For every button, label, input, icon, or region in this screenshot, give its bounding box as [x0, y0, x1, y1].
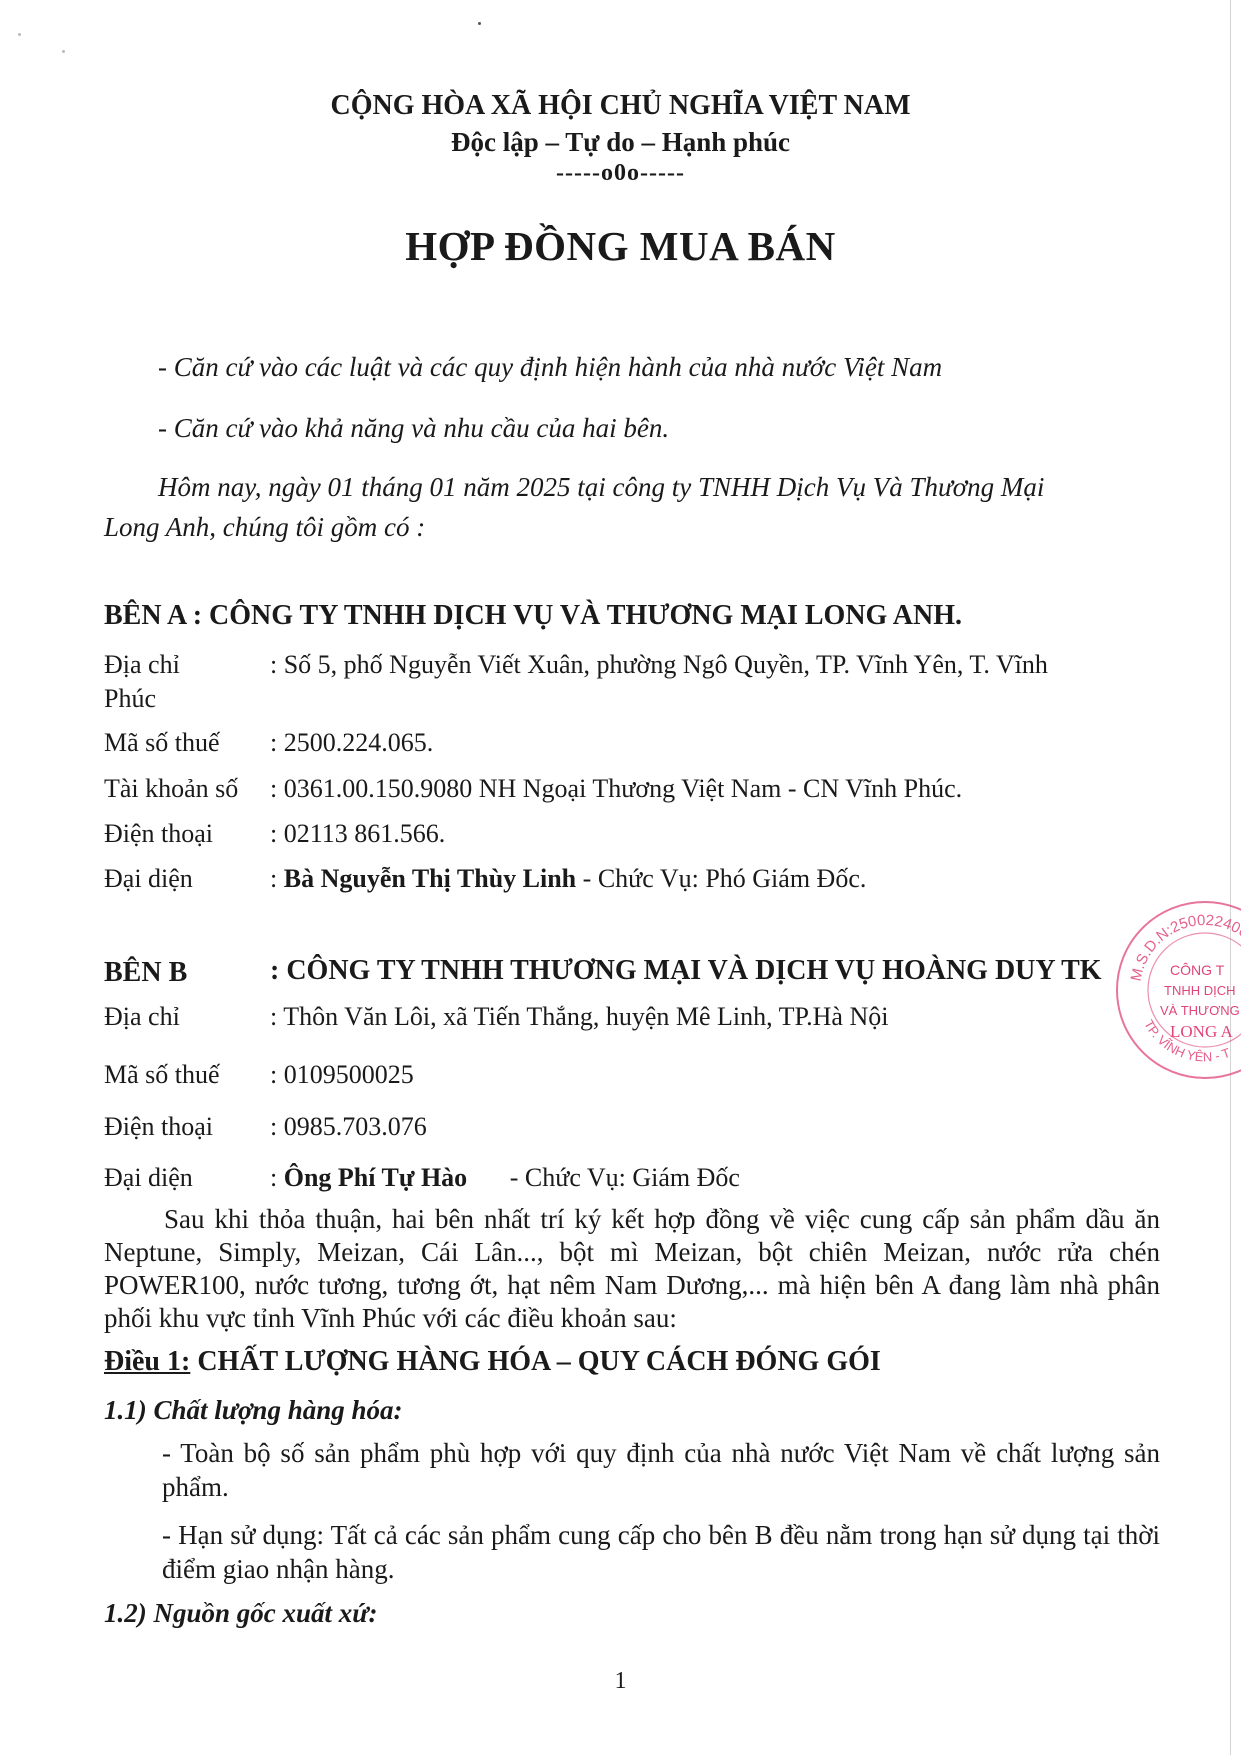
party-a-heading: BÊN A : CÔNG TY TNHH DỊCH VỤ VÀ THƯƠNG M…: [104, 600, 962, 632]
stamp-line-1: CÔNG T: [1170, 962, 1225, 978]
scan-speck: [478, 22, 481, 25]
party-a-tax-value: : 2500.224.065.: [270, 728, 433, 758]
intro-line-1: Hôm nay, ngày 01 tháng 01 năm 2025 tại c…: [158, 472, 1044, 503]
party-b-phone-label: Điện thoại: [104, 1112, 213, 1142]
party-b-tax-value: : 0109500025: [270, 1060, 414, 1090]
stamp-line-3: VÀ THƯƠNG: [1160, 1003, 1240, 1018]
party-a-address-value: : Số 5, phố Nguyễn Viết Xuân, phường Ngô…: [270, 650, 1048, 680]
article-1-heading: Điều 1: CHẤT LƯỢNG HÀNG HÓA – QUY CÁCH Đ…: [104, 1346, 881, 1378]
agreement-paragraph: Sau khi thỏa thuận, hai bên nhất trí ký …: [104, 1203, 1160, 1335]
party-a-rep-name: Bà Nguyễn Thị Thùy Linh: [284, 864, 576, 893]
party-b-rep-value: : Ông Phí Tự Hào- Chức Vụ: Giám Đốc: [270, 1163, 740, 1193]
national-title: CỘNG HÒA XÃ HỘI CHỦ NGHĨA VIỆT NAM: [0, 90, 1241, 122]
party-a-phone-label: Điện thoại: [104, 819, 213, 849]
quality-item-2: - Hạn sử dụng: Tất cả các sản phẩm cung …: [162, 1518, 1160, 1586]
company-stamp: M.S.D.N:2500224065 TP. VĨNH YÊN - T CÔNG…: [1110, 895, 1241, 1085]
article-1-title: CHẤT LƯỢNG HÀNG HÓA – QUY CÁCH ĐÓNG GÓI: [190, 1346, 880, 1377]
party-a-rep-prefix: :: [270, 864, 284, 893]
party-a-rep-position: - Chức Vụ: Phó Giám Đốc.: [576, 864, 866, 893]
party-b-address-value: : Thôn Văn Lôi, xã Tiến Thắng, huyện Mê …: [270, 1002, 888, 1032]
header-divider: -----o0o-----: [0, 160, 1241, 187]
scan-speck: [18, 33, 21, 36]
document-title: HỢP ĐỒNG MUA BÁN: [0, 222, 1241, 270]
party-b-address-label: Địa chỉ: [104, 1002, 180, 1032]
basis-line-1: - Căn cứ vào các luật và các quy định hi…: [158, 352, 942, 383]
quality-item-1: - Toàn bộ số sản phẩm phù hợp với quy đị…: [162, 1436, 1160, 1504]
party-b-label: BÊN B: [104, 957, 187, 989]
party-b-rep-label: Đại diện: [104, 1163, 193, 1193]
subsection-1-2-heading: 1.2) Nguồn gốc xuất xứ:: [104, 1598, 377, 1629]
article-1-label: Điều 1:: [104, 1346, 190, 1377]
national-motto: Độc lập – Tự do – Hạnh phúc: [0, 127, 1241, 158]
party-a-account-value: : 0361.00.150.9080 NH Ngoại Thương Việt …: [270, 774, 962, 804]
party-b-phone-value: : 0985.703.076: [270, 1112, 427, 1142]
party-a-tax-label: Mã số thuế: [104, 728, 220, 758]
party-a-address-label: Địa chỉ: [104, 650, 180, 680]
party-a-account-label: Tài khoản số: [104, 774, 238, 804]
basis-line-2: - Căn cứ vào khả năng và nhu cầu của hai…: [158, 413, 669, 444]
stamp-line-2: TNHH DỊCH: [1164, 983, 1236, 998]
party-a-phone-value: : 02113 861.566.: [270, 819, 445, 849]
scan-speck: [62, 50, 65, 53]
intro-line-2: Long Anh, chúng tôi gồm có :: [104, 512, 425, 543]
party-b-heading: : CÔNG TY TNHH THƯƠNG MẠI VÀ DỊCH VỤ HOÀ…: [270, 955, 1102, 987]
party-a-rep-value: : Bà Nguyễn Thị Thùy Linh - Chức Vụ: Phó…: [270, 864, 866, 894]
party-b-rep-name: Ông Phí Tự Hào: [284, 1163, 510, 1193]
stamp-line-4: LONG A: [1170, 1022, 1234, 1041]
party-b-tax-label: Mã số thuế: [104, 1060, 220, 1090]
party-a-rep-label: Đại diện: [104, 864, 193, 894]
party-b-rep-prefix: :: [270, 1163, 284, 1192]
party-a-address-cont: Phúc: [104, 684, 156, 714]
agreement-text: Sau khi thỏa thuận, hai bên nhất trí ký …: [104, 1204, 1160, 1333]
party-b-rep-position: - Chức Vụ: Giám Đốc: [510, 1163, 740, 1192]
subsection-1-1-heading: 1.1) Chất lượng hàng hóa:: [104, 1395, 403, 1426]
page-number: 1: [0, 1668, 1241, 1695]
